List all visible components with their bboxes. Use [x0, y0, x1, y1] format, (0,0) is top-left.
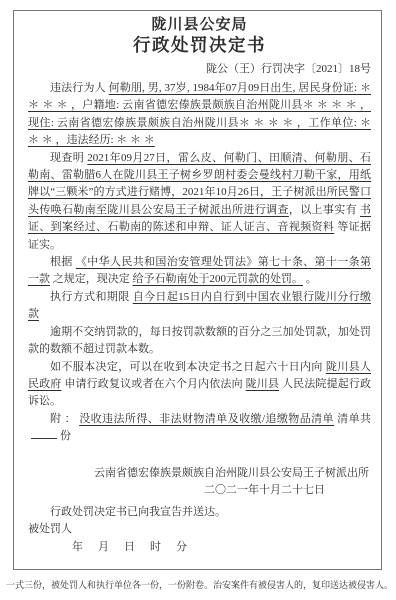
- document-body: 违法行为人 何勒朋, 男, 37岁, 1984年07月09日出生, 居民身份证:…: [28, 80, 371, 446]
- paragraph: 执行方式和期限 自今日起15日内自行到中国农业银行陇川分行缴款: [28, 289, 371, 324]
- document-number: 陇公（王）行罚决字〔2021〕18号: [28, 62, 371, 77]
- signature-org: 云南省德宏傣族景颇族自治州陇川县公安局王子树派出所: [28, 465, 371, 483]
- distribution-note: 一式三份，被处罚人和执行单位各一份，一份附卷。治安案件有被侵害人的，复印送达被侵…: [6, 579, 393, 591]
- text-segment: 如不服本决定，可以在收到本决定书之日起六十日内向: [50, 361, 326, 373]
- text-segment: 根据: [50, 256, 76, 268]
- signature-block: 云南省德宏傣族景颇族自治州陇川县公安局王子树派出所 二〇二一年十月二十七日: [28, 465, 371, 500]
- penalty-decision-document: { "header": { "org": "陇川县公安局", "title": …: [0, 0, 396, 600]
- paragraph: 如不服本决定，可以在收到本决定书之日起六十日内向 陇川县人民政府 申请行政复议或…: [28, 359, 371, 411]
- blank-line: [31, 436, 57, 439]
- underlined-segment: 陇川县: [246, 378, 279, 390]
- text-segment: 份: [60, 430, 71, 442]
- text-segment: ，以上事实有: [289, 204, 360, 216]
- paragraph: 附 ： 没收违法所得、非法财物清单及收缴/追缴物品清单 清单共份: [28, 411, 371, 446]
- underlined-segment: 给予石勒南处于200元罚款的处罚。: [133, 273, 304, 285]
- text-segment: 。: [303, 273, 317, 285]
- text-segment: 申请行政复议或者在六个月内依法向: [61, 378, 245, 390]
- issuing-authority: 陇川县公安局: [28, 17, 371, 34]
- date-time-blanks: 年 月 日 时 分: [28, 539, 371, 556]
- paragraph: 现查明 2021年09月27日，雷么皮、何勒门、田顺清、何勒朋、石勒南、雷勒腊6…: [28, 150, 371, 254]
- underlined-segment: 没收违法所得、非法财物清单及收缴/追缴物品清单: [79, 413, 334, 425]
- document-page: 陇川县公安局 行政处罚决定书 陇公（王）行罚决字〔2021〕18号 违法行为人 …: [14, 11, 381, 569]
- text-segment: 执行方式和期限: [50, 291, 133, 303]
- acknowledgement-block: 行政处罚决定书已向我宣告并送达。 被处罚人 年 月 日 时 分: [28, 504, 371, 556]
- text-segment: 清单共: [334, 413, 371, 425]
- paragraph: 违法行为人 何勒朋, 男, 37岁, 1984年07月09日出生, 居民身份证:…: [28, 80, 371, 150]
- signature-date: 二〇二一年十月二十七日: [28, 482, 371, 500]
- text-segment: 违法行为人: [50, 82, 109, 94]
- paragraph: 根据 《中华人民共和国治安管理处罚法》第七十条、第十一条第一款 之规定，现决定 …: [28, 254, 371, 289]
- text-segment: 逾期不交纳罚款的，每日按罚款数额的百分之三加处罚款，加处罚款的数额不超过罚款本数…: [28, 326, 371, 355]
- text-segment: 附 ：: [50, 413, 79, 425]
- service-statement: 行政处罚决定书已向我宣告并送达。: [28, 504, 371, 521]
- text-segment: 现查明: [50, 152, 87, 164]
- document-border: 陇川县公安局 行政处罚决定书 陇公（王）行罚决字〔2021〕18号 违法行为人 …: [13, 10, 382, 570]
- text-segment: 之规定，现决定: [50, 273, 133, 285]
- paragraph: 逾期不交纳罚款的，每日按罚款数额的百分之三加处罚款，加处罚款的数额不超过罚款本数…: [28, 324, 371, 359]
- document-title: 行政处罚决定书: [28, 35, 371, 55]
- punished-person-label: 被处罚人: [28, 521, 371, 538]
